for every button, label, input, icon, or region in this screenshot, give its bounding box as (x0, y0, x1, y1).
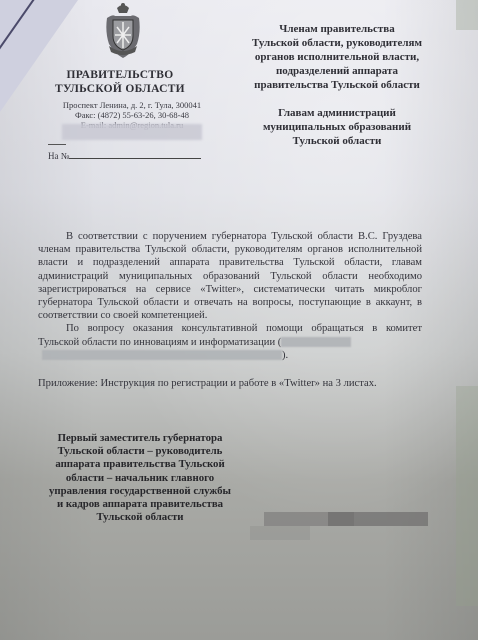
ref-number-blank (69, 150, 201, 159)
signatory-line: Первый заместитель губернатора (40, 432, 240, 445)
addressee-line: муниципальных образований (247, 120, 427, 134)
signatory-title: Первый заместитель губернатора Тульской … (40, 432, 240, 524)
signatory-line: аппарата правительства Тульской (40, 458, 240, 471)
addressee-line: Главам администраций (247, 106, 427, 120)
signatory-line: управления государственной службы (40, 485, 240, 498)
redacted-edge (456, 0, 478, 30)
signatory-line: Тульской области (40, 511, 240, 524)
body-paragraph-2: По вопросу оказания консультативной помо… (38, 322, 422, 362)
org-address: Проспект Ленина, д. 2, г. Тула, 300041 (52, 100, 212, 110)
body-paragraph-1: В соответствии с поручением губернатора … (38, 230, 422, 322)
signatory-line: Тульской области – руководитель (40, 445, 240, 458)
redacted-edge (456, 386, 478, 606)
addressee-line: правительства Тульской области (247, 78, 427, 92)
addressee-line: Тульской области, руководителям (247, 36, 427, 50)
org-name-line2: ТУЛЬСКОЙ ОБЛАСТИ (50, 82, 190, 96)
date-dash (48, 144, 66, 145)
addressee-group-heads: Главам администраций муниципальных образ… (247, 106, 427, 148)
paragraph2-text: По вопросу оказания консультативной помо… (38, 323, 422, 347)
addressee-line: подразделений аппарата (247, 64, 427, 78)
redacted-outgoing-number (62, 124, 202, 140)
addressee-group-members: Членам правительства Тульской области, р… (247, 22, 427, 92)
letter-document: ПРАВИТЕЛЬСТВО ТУЛЬСКОЙ ОБЛАСТИ Проспект … (0, 0, 478, 640)
addressee-line: Членам правительства (247, 22, 427, 36)
signatory-line: и кадров аппарата правительства (40, 498, 240, 511)
organization-name: ПРАВИТЕЛЬСТВО ТУЛЬСКОЙ ОБЛАСТИ (50, 68, 190, 96)
addressee-line: Тульской области (247, 134, 427, 148)
redacted-signature (250, 526, 310, 540)
ref-prefix: На № (48, 151, 69, 161)
signatory-line: области – начальник главного (40, 472, 240, 485)
redacted-contact-continued (42, 350, 282, 360)
redacted-contact (281, 337, 351, 347)
attachment-note: Приложение: Инструкция по регистрации и … (38, 378, 438, 389)
addressee-line: органов исполнительной власти, (247, 50, 427, 64)
org-name-line1: ПРАВИТЕЛЬСТВО (50, 68, 190, 82)
redacted-signatory-name (328, 512, 428, 526)
letter-body: В соответствии с поручением губернатора … (38, 230, 422, 362)
paragraph2-end: ). (282, 350, 288, 361)
coat-of-arms-icon (103, 2, 143, 62)
reference-number-line: На № (48, 150, 212, 161)
org-fax: Факс: (4872) 55-63-26, 30-68-48 (52, 110, 212, 120)
addressee-block: Членам правительства Тульской области, р… (247, 22, 427, 148)
